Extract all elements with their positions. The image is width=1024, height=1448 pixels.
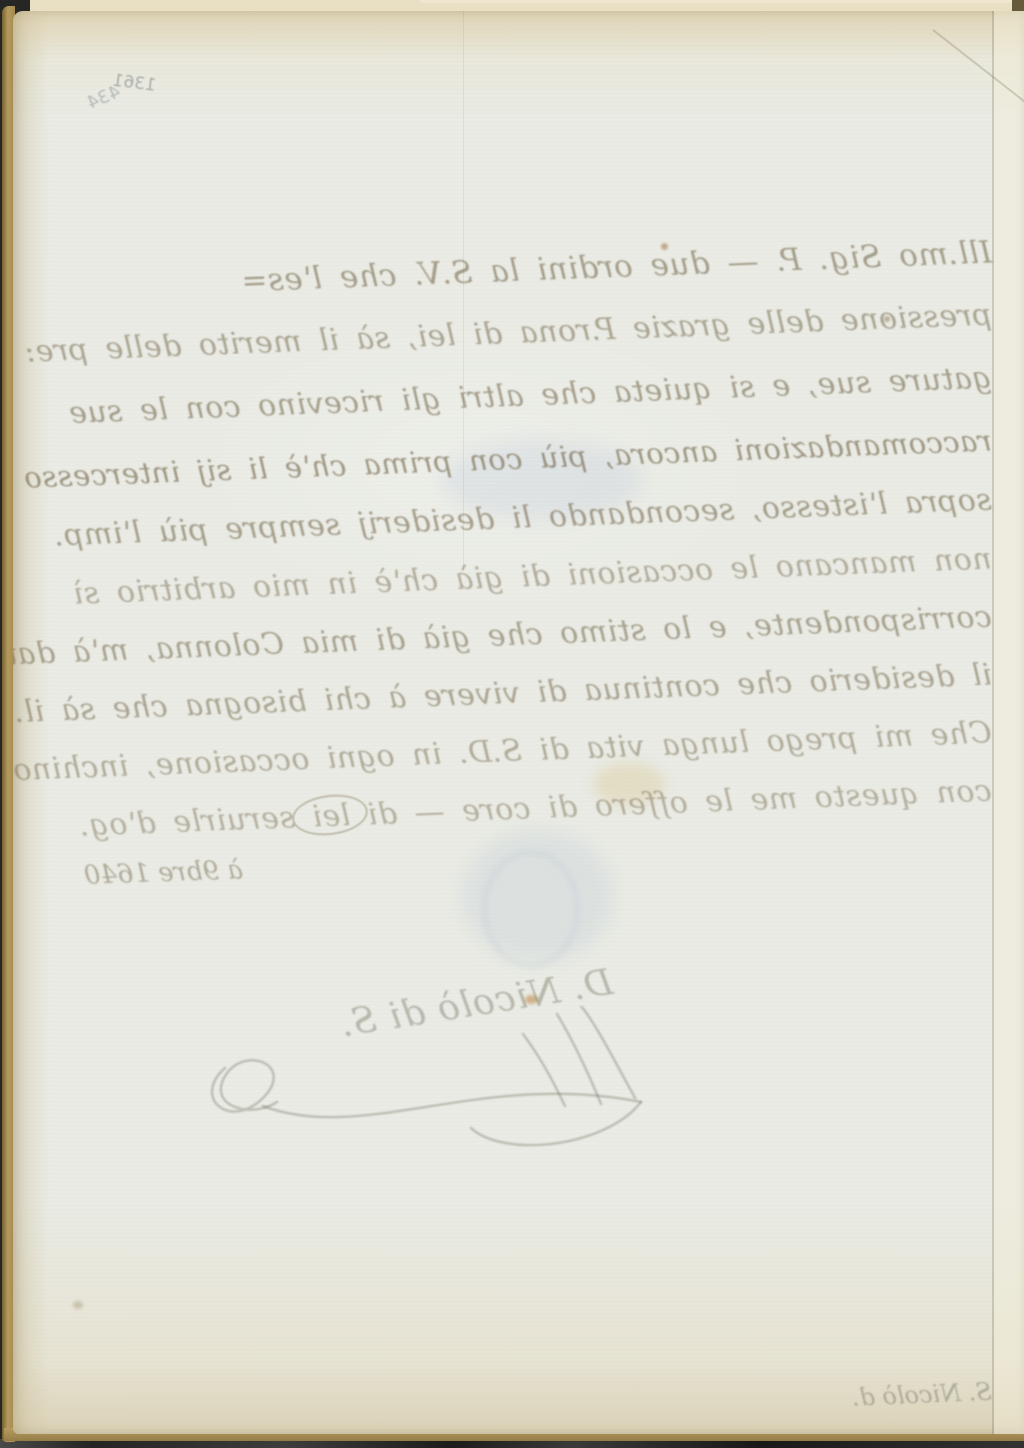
right-fold-line bbox=[992, 11, 994, 1434]
page-sheet: 1361 434 Ill.mo Sig. P. — due ordini la … bbox=[13, 11, 1024, 1434]
manuscript-date-line: à 9bre 1640 bbox=[27, 850, 243, 897]
signature-paraph-flourish bbox=[173, 1006, 673, 1161]
under-sheet-highlight bbox=[420, 0, 1012, 3]
right-fold-strip bbox=[994, 11, 1024, 1434]
